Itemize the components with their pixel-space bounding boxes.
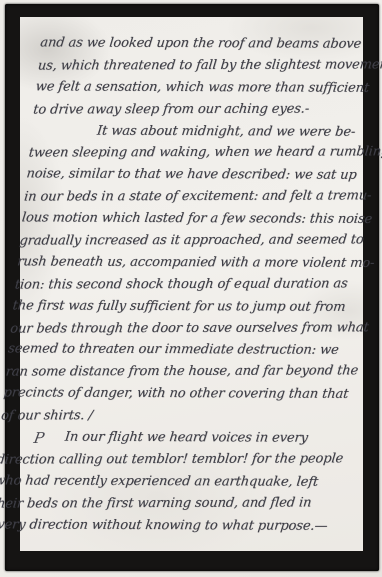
manuscript-line: ran some distance from the house, and fa… — [4, 364, 318, 387]
manuscript-line: to drive away sleep from our aching eyes… — [32, 101, 346, 124]
manuscript-line: us, which threatened to fall by the slig… — [36, 57, 350, 80]
manuscript-line: we felt a sensation, which was more than… — [34, 79, 348, 102]
photocopy-frame: and as we looked upon the roof and beams… — [5, 4, 379, 571]
manuscript-line: rush beneath us, accompanied with a more… — [16, 254, 330, 277]
manuscript-line: tween sleeping and waking, when we heard… — [27, 145, 341, 168]
manuscript-line: lous motion which lasted for a few secon… — [20, 210, 334, 233]
manuscript-line: of our shirts. / — [0, 408, 314, 431]
manuscript-line: in our beds in a state of excitement: an… — [23, 189, 337, 212]
manuscript-line: gradually increased as it approached, an… — [18, 232, 332, 255]
manuscript-line: seemed to threaten our immediate destruc… — [7, 342, 321, 365]
manuscript-line: the first was fully sufficient for us to… — [11, 298, 325, 321]
manuscript-line: It was about midnight, and we were be- — [30, 123, 344, 146]
manuscript-line: precincts of danger, with no other cover… — [2, 386, 316, 409]
manuscript-line: and as we looked upon the roof and beams… — [39, 35, 353, 58]
manuscript-line: tion: this second shock though of equal … — [13, 276, 327, 299]
manuscript-line: noise, similar to that we have described… — [25, 167, 339, 190]
manuscript-paper: and as we looked upon the roof and beams… — [20, 17, 363, 551]
manuscript-line: In our flight we heard voices in every — [0, 429, 312, 452]
manuscript-line: our beds through the door to save oursel… — [9, 320, 323, 343]
manuscript-line: direction calling out temblor! temblor! … — [0, 451, 309, 474]
manuscript-line: every direction without knowing to what … — [0, 517, 302, 540]
manuscript-scan: and as we looked upon the roof and beams… — [0, 0, 382, 577]
manuscript-line: who had recently experienced an earthqua… — [0, 473, 307, 496]
manuscript-line: their beds on the first warning sound, a… — [0, 495, 305, 518]
manuscript-text: and as we looked upon the roof and beams… — [0, 36, 353, 539]
